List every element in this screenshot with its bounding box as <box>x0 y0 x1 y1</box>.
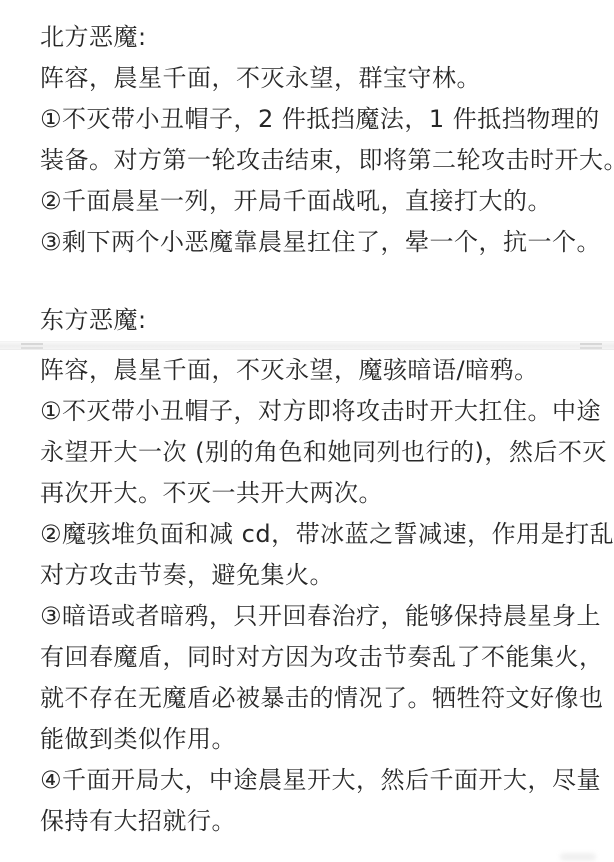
text-line: ④千面开局大，中途晨星开大，然后千面开大，尽量 <box>40 760 614 801</box>
text-line: 阵容，晨星千面，不灭永望，魔骇暗语/暗鸦。 <box>40 350 614 391</box>
text-line: 对方攻击节奏，避免集火。 <box>40 555 614 596</box>
text-line: ③剩下两个小恶魔靠晨星扛住了，晕一个，抗一个。 <box>40 222 614 263</box>
text-line: 有回春魔盾，同时对方因为攻击节奏乱了不能集火， <box>40 637 614 678</box>
section-heading: 东方恶魔: <box>40 300 614 341</box>
text-line: 保持有大招就行。 <box>40 801 614 842</box>
stitch-handle-left-icon <box>21 343 43 349</box>
text-line: ①不灭带小丑帽子，2 件抵挡魔法，1 件抵挡物理的 <box>40 99 614 140</box>
text-line: 装备。对方第一轮攻击结束，即将第二轮攻击时开大。 <box>40 140 614 181</box>
section-north-demon: 北方恶魔: 阵容，晨星千面，不灭永望，群宝守林。 ①不灭带小丑帽子，2 件抵挡魔… <box>40 17 614 263</box>
section-heading: 北方恶魔: <box>40 17 614 58</box>
notes-screenshot: 北方恶魔: 阵容，晨星千面，不灭永望，群宝守林。 ①不灭带小丑帽子，2 件抵挡魔… <box>0 0 614 862</box>
text-line: 能做到类似作用。 <box>40 719 614 760</box>
text-line: 阵容，晨星千面，不灭永望，群宝守林。 <box>40 58 614 99</box>
text-line: 永望开大一次 (别的角色和她同列也行的)，然后不灭 <box>40 432 614 473</box>
stitch-divider <box>0 341 614 350</box>
text-line: 就不存在无魔盾必被暴击的情况了。牺牲符文好像也 <box>40 678 614 719</box>
corner-smudge <box>560 853 596 861</box>
text-line: 再次开大。不灭一共开大两次。 <box>40 473 614 514</box>
text-line: ②魔骇堆负面和减 cd，带冰蓝之誓减速，作用是打乱 <box>40 514 614 555</box>
section-east-demon: 东方恶魔: 阵容，晨星千面，不灭永望，魔骇暗语/暗鸦。 ①不灭带小丑帽子，对方即… <box>40 300 614 842</box>
text-line: ②千面晨星一列，开局千面战吼，直接打大的。 <box>40 181 614 222</box>
notes-text: 北方恶魔: 阵容，晨星千面，不灭永望，群宝守林。 ①不灭带小丑帽子，2 件抵挡魔… <box>0 0 614 842</box>
stitch-handle-right-icon <box>580 343 602 349</box>
text-line: ①不灭带小丑帽子，对方即将攻击时开大扛住。中途 <box>40 391 614 432</box>
text-line: ③暗语或者暗鸦，只开回春治疗，能够保持晨星身上 <box>40 596 614 637</box>
